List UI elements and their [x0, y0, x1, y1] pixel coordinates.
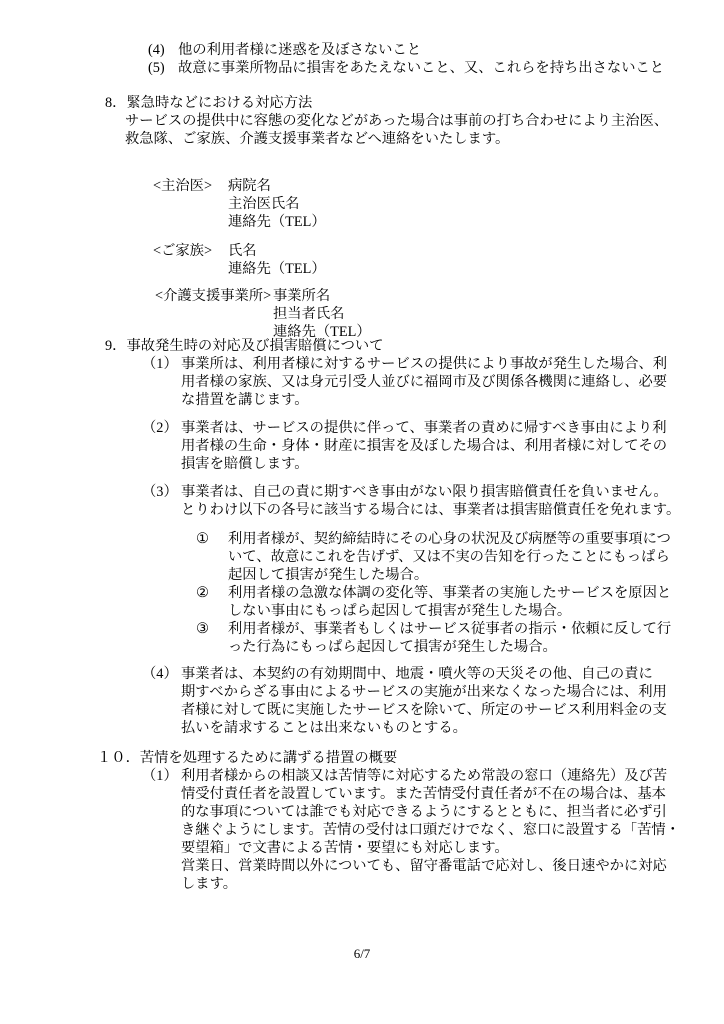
item-lines: 利用者様からの相談又は苦情等に対応するため常設の窓口（連絡先）及び苦 情受付責任… — [181, 767, 680, 893]
contact-field: 主治医氏名 — [228, 195, 326, 213]
section-8-body: サービスの提供中に容態の変化などがあった場合は事前の打ち合わせにより主治医、 救… — [125, 112, 668, 148]
circled-number: ② — [196, 584, 228, 602]
paragraph-line: 事業所は、利用者様に対するサービスの提供により事故が発生した場合、利 — [181, 355, 667, 373]
section-9-heading: 9．事故発生時の対応及び損害賠償について — [105, 337, 384, 355]
paragraph-line: 事業者は、サービスの提供に伴って、事業者の責めに帰すべき事由により利 — [181, 419, 667, 437]
paragraph-line: 情受付責任者を設置しています。また苦情受付責任者が不在の場合は、基本 — [181, 785, 680, 803]
clause-text: 他の利用者様に迷惑を及ぼさないこと — [178, 41, 421, 59]
paragraph-line: 者様に対して既に実施したサービスを除いて、所定のサービス利用料金の支 — [181, 701, 667, 719]
paragraph-line: 救急隊、ご家族、介護支援事業者などへ連絡をいたします。 — [125, 130, 668, 148]
clause-number: (4) — [148, 41, 178, 59]
clause-item: (5) 故意に事業所物品に損害をあたえないこと、又、これらを持ち出さないこと — [148, 59, 664, 77]
contact-fields: 事業所名 担当者氏名 連絡先（TEL） — [273, 287, 371, 341]
paragraph-line: 用者様の生命・身体・財産に損害を及ぼした場合は、利用者様に対してその — [181, 437, 667, 455]
paragraph-line: な措置を講じます。 — [181, 391, 667, 409]
paragraph-line: 事業者は、自己の責に期すべき事由がない限り損害賠償責任を負いません。 — [181, 483, 680, 501]
numbered-item-9-4: （4） 事業者は、本契約の有効期間中、地震・噴火等の天災その他、自己の責に 期す… — [142, 665, 667, 737]
item-lines: 利用者様が、事業者もしくはサービス従事者の指示・依頼に反して行 った行為にもっぱ… — [228, 620, 671, 656]
contact-label: <介護支援事業所> — [155, 287, 273, 341]
item-lines: 事業所は、利用者様に対するサービスの提供により事故が発生した場合、利 用者様の家… — [181, 355, 667, 409]
paragraph-line: 起因して損害が発生した場合。 — [228, 566, 671, 584]
item-lines: 利用者様の急激な体調の変化等、事業者の実施したサービスを原因と しない事由にもっ… — [228, 584, 671, 620]
circled-sublist: ① 利用者様が、契約締結時にその心身の状況及び病歴等の重要事項につ いて、故意に… — [196, 530, 671, 656]
document-page: (4) 他の利用者様に迷惑を及ぼさないこと (5) 故意に事業所物品に損害をあた… — [0, 0, 724, 1024]
section-8: 8．緊急時などにおける対応方法 サービスの提供中に容態の変化などがあった場合は事… — [105, 94, 668, 148]
circled-item-3: ③ 利用者様が、事業者もしくはサービス従事者の指示・依頼に反して行 った行為にも… — [196, 620, 671, 656]
paragraph-line: とりわけ以下の各号に該当する場合には、事業者は損害賠償責任を免れます。 — [181, 501, 680, 519]
paragraph-line: 利用者様からの相談又は苦情等に対応するため常設の窓口（連絡先）及び苦 — [181, 767, 680, 785]
clause-item: (4) 他の利用者様に迷惑を及ぼさないこと — [148, 41, 664, 59]
contact-fields: 氏名 連絡先（TEL） — [228, 242, 326, 278]
paragraph-line: った行為にもっぱら起因して損害が発生した場合。 — [228, 638, 671, 656]
paragraph-line: 営業日、営業時間以外についても、留守番電話で応対し、後日速やかに対応 — [181, 857, 680, 875]
paragraph-line: 利用者様の急激な体調の変化等、事業者の実施したサービスを原因と — [228, 584, 671, 602]
contact-field: 病院名 — [228, 177, 326, 195]
item-number: （3） — [142, 483, 181, 501]
item-lines: 事業者は、本契約の有効期間中、地震・噴火等の天災その他、自己の責に 期すべからざ… — [181, 665, 667, 737]
item-number: （2） — [142, 419, 181, 437]
section-8-heading: 8．緊急時などにおける対応方法 — [105, 94, 668, 112]
paragraph-line: 事業者は、本契約の有効期間中、地震・噴火等の天災その他、自己の責に — [181, 665, 667, 683]
item-lines: 事業者は、自己の責に期すべき事由がない限り損害賠償責任を負いません。 とりわけ以… — [181, 483, 680, 519]
circled-number: ③ — [196, 620, 228, 638]
numbered-item-10-1: （1） 利用者様からの相談又は苦情等に対応するため常設の窓口（連絡先）及び苦 情… — [142, 767, 680, 893]
clause-text: 故意に事業所物品に損害をあたえないこと、又、これらを持ち出さないこと — [178, 59, 664, 77]
item-number: （4） — [142, 665, 181, 683]
paragraph-line: 期すべからざる事由によるサービスの実施が出来なくなった場合には、利用 — [181, 683, 667, 701]
paragraph-line: しない事由にもっぱら起因して損害が発生した場合。 — [228, 602, 671, 620]
paragraph-line: 的な事項については誰でも対応できるようにするとともに、担当者に必ず引 — [181, 803, 680, 821]
section-10-heading: １０．苦情を処理するために講ずる措置の概要 — [97, 749, 397, 767]
paragraph-line: 損害を賠償します。 — [181, 455, 667, 473]
circled-item-2: ② 利用者様の急激な体調の変化等、事業者の実施したサービスを原因と しない事由に… — [196, 584, 671, 620]
paragraph-line: します。 — [181, 875, 680, 893]
contact-fields: 病院名 主治医氏名 連絡先（TEL） — [228, 177, 326, 231]
contact-block-primary-doctor: <主治医> 病院名 主治医氏名 連絡先（TEL） — [153, 177, 326, 231]
contact-field: 連絡先（TEL） — [228, 213, 326, 231]
item-lines: 事業者は、サービスの提供に伴って、事業者の責めに帰すべき事由により利 用者様の生… — [181, 419, 667, 473]
clause-list: (4) 他の利用者様に迷惑を及ぼさないこと (5) 故意に事業所物品に損害をあた… — [148, 41, 664, 77]
contact-block-care-support-office: <介護支援事業所> 事業所名 担当者氏名 連絡先（TEL） — [155, 287, 371, 341]
paragraph-line: サービスの提供中に容態の変化などがあった場合は事前の打ち合わせにより主治医、 — [125, 112, 668, 130]
paragraph-line: 要望箱」で文書による苦情・要望にも対応します。 — [181, 839, 680, 857]
paragraph-line: 利用者様が、契約締結時にその心身の状況及び病歴等の重要事項につ — [228, 530, 671, 548]
contact-field: 担当者氏名 — [273, 305, 371, 323]
numbered-item-9-3: （3） 事業者は、自己の責に期すべき事由がない限り損害賠償責任を負いません。 と… — [142, 483, 680, 519]
item-lines: 利用者様が、契約締結時にその心身の状況及び病歴等の重要事項につ いて、故意にこれ… — [228, 530, 671, 584]
paragraph-line: いて、故意にこれを告げず、又は不実の告知を行ったことにもっぱら — [228, 548, 671, 566]
contact-field: 連絡先（TEL） — [228, 260, 326, 278]
clause-number: (5) — [148, 59, 178, 77]
page-number: 6/7 — [0, 945, 724, 963]
numbered-item-9-2: （2） 事業者は、サービスの提供に伴って、事業者の責めに帰すべき事由により利 用… — [142, 419, 667, 473]
paragraph-line: 払いを請求することは出来ないものとする。 — [181, 719, 667, 737]
numbered-item-9-1: （1） 事業所は、利用者様に対するサービスの提供により事故が発生した場合、利 用… — [142, 355, 667, 409]
item-number: （1） — [142, 355, 181, 373]
contact-label: <主治医> — [153, 177, 228, 231]
contact-label: <ご家族> — [153, 242, 228, 278]
circled-item-1: ① 利用者様が、契約締結時にその心身の状況及び病歴等の重要事項につ いて、故意に… — [196, 530, 671, 584]
paragraph-line: き継ぐようにします。苦情の受付は口頭だけでなく、窓口に設置する「苦情・ — [181, 821, 680, 839]
item-number: （1） — [142, 767, 181, 785]
contact-block-family: <ご家族> 氏名 連絡先（TEL） — [153, 242, 326, 278]
paragraph-line: 利用者様が、事業者もしくはサービス従事者の指示・依頼に反して行 — [228, 620, 671, 638]
contact-field: 事業所名 — [273, 287, 371, 305]
circled-number: ① — [196, 530, 228, 548]
paragraph-line: 用者様の家族、又は身元引受人並びに福岡市及び関係各機関に連絡し、必要 — [181, 373, 667, 391]
contact-field: 氏名 — [228, 242, 326, 260]
